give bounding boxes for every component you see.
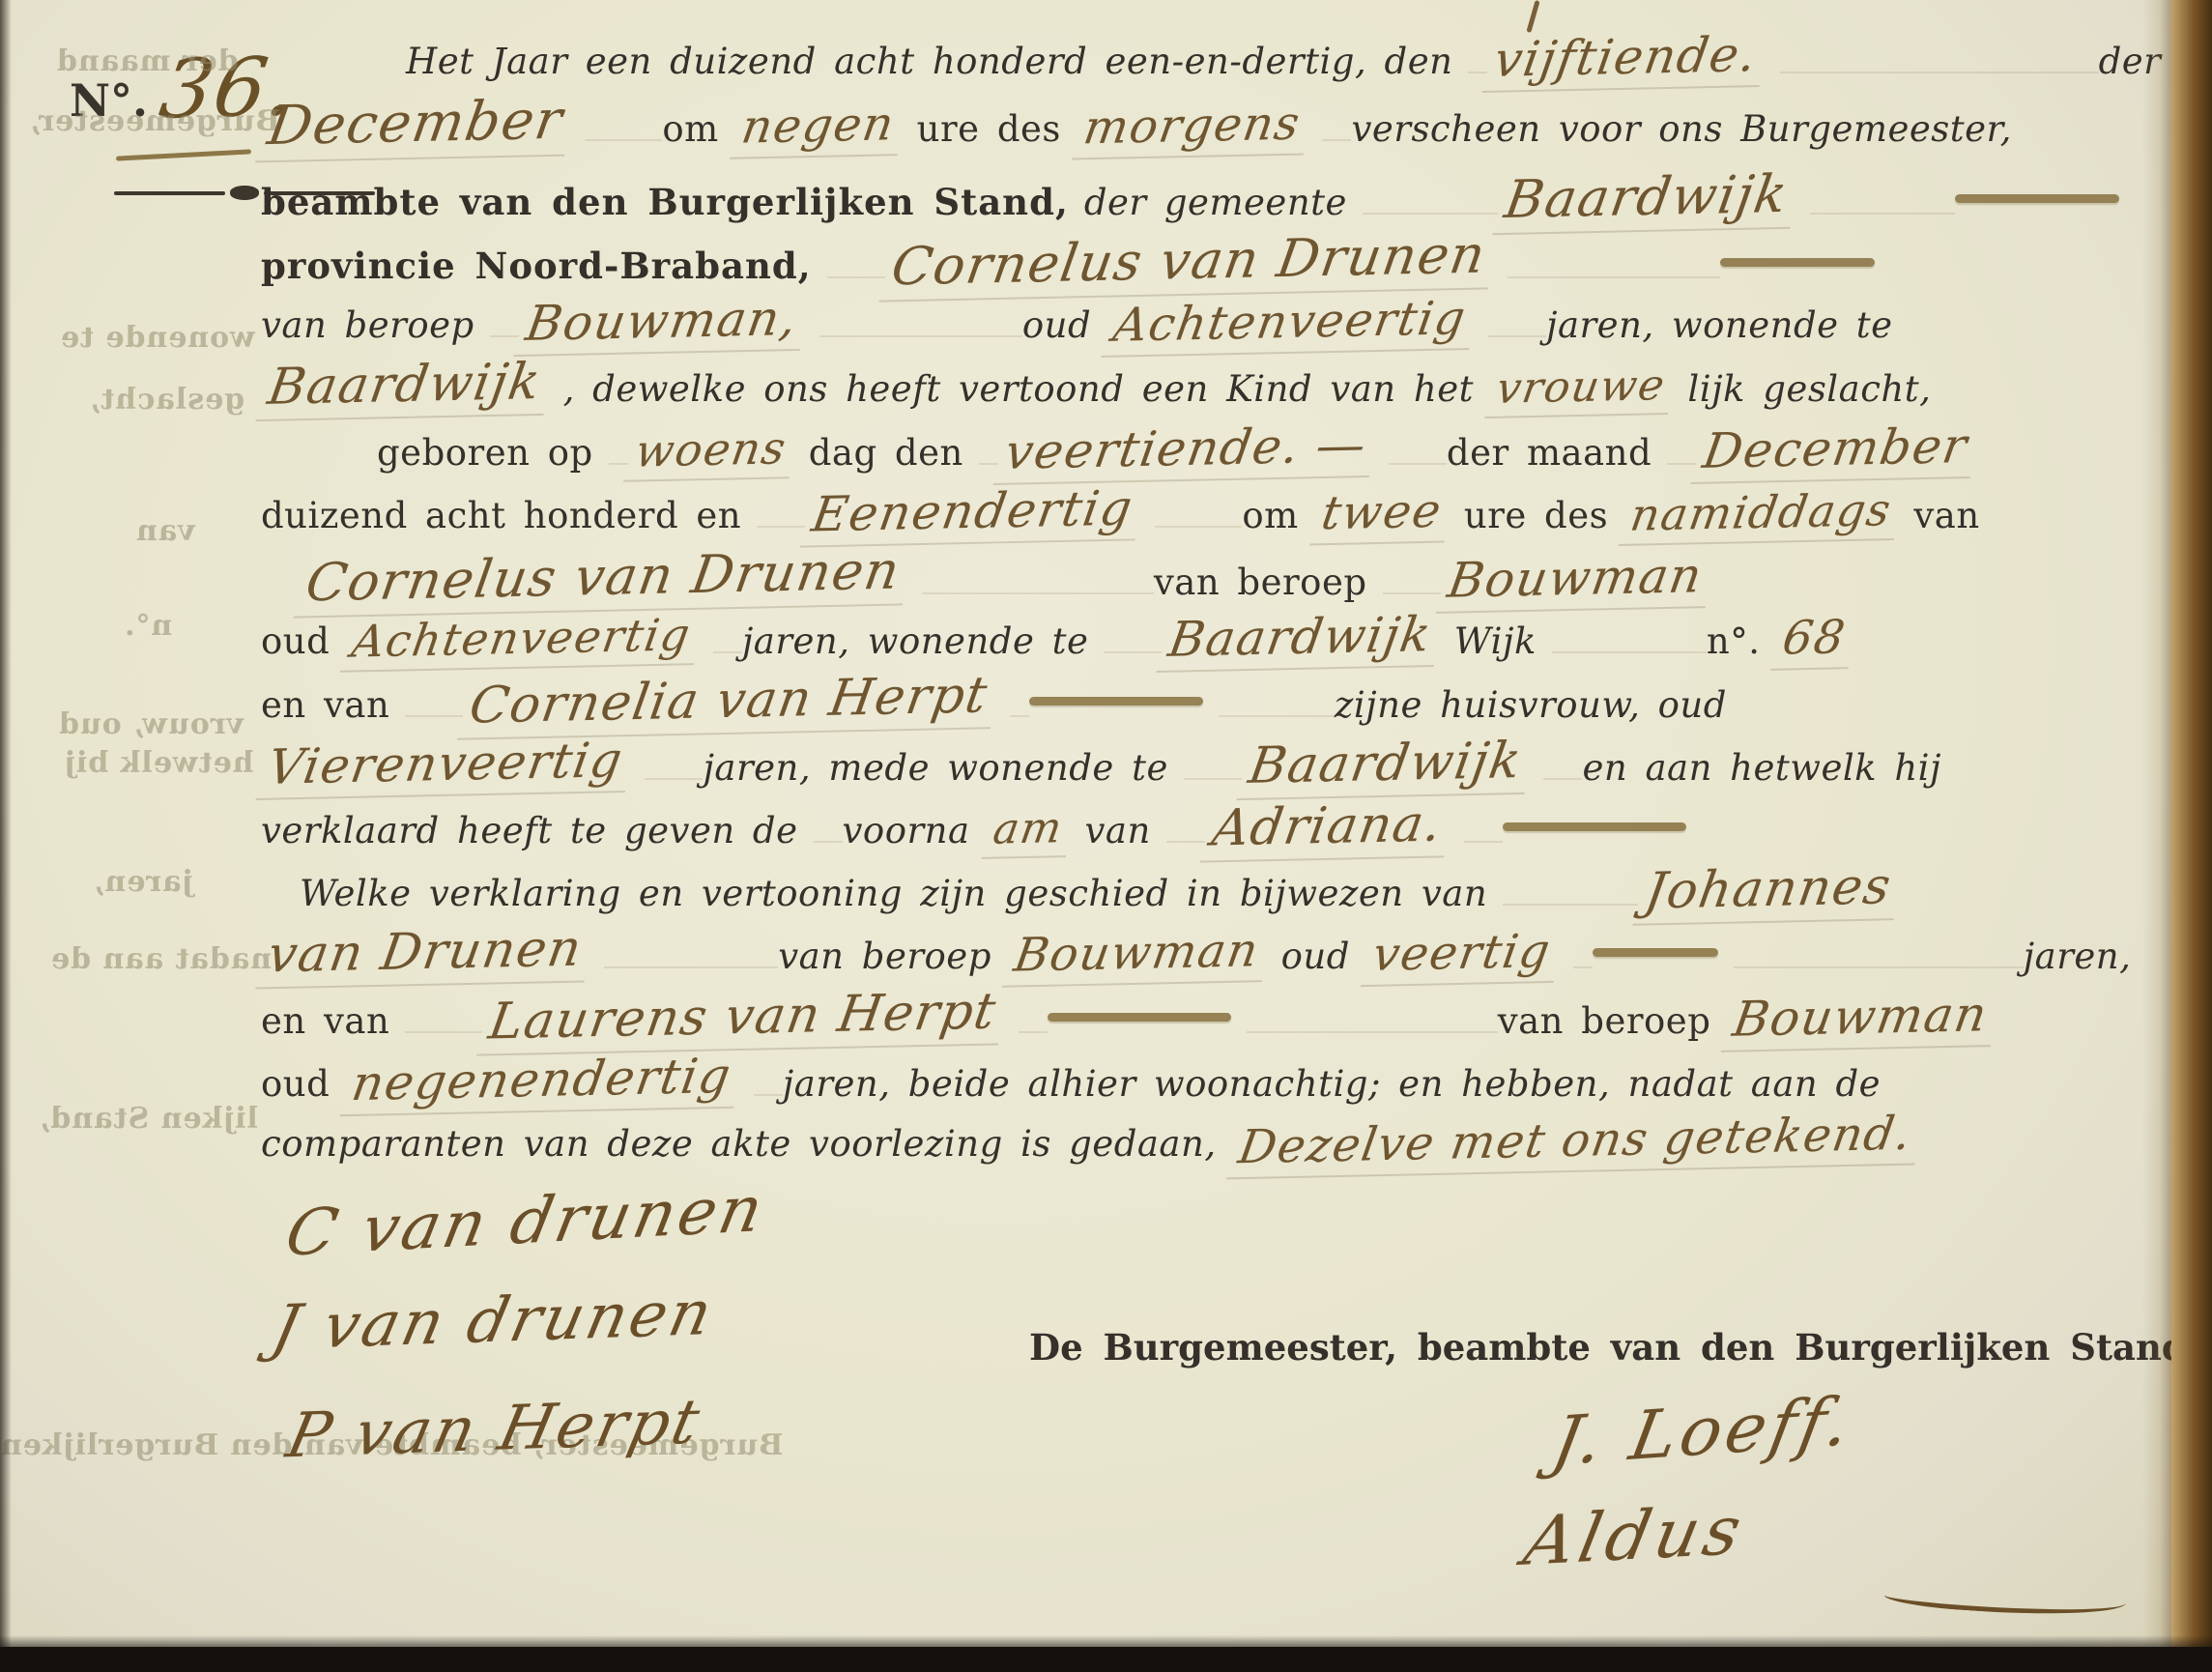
- handwritten-entry: namiddags: [1619, 483, 1903, 546]
- blank-rule: [609, 459, 628, 465]
- blank-rule: [1184, 774, 1242, 780]
- printed-text: en van: [261, 684, 389, 726]
- handwritten-entry: December: [1691, 418, 1980, 484]
- handwritten-entry: Baardwijk: [1157, 606, 1444, 673]
- book-binding: [2171, 0, 2212, 1672]
- blank-rule: [1322, 135, 1351, 141]
- handwritten-entry: veertig: [1361, 924, 1563, 987]
- act-line: Baardwijk, dewelke ons heeft vertoond ee…: [261, 356, 2145, 418]
- handwritten-entry: veertiende. —: [992, 417, 1378, 485]
- act-line: Vierenveertigjaren, mede wonende teBaard…: [261, 735, 2145, 797]
- signature-declarant: C van drunen: [280, 1171, 772, 1270]
- blank-rule: [1552, 648, 1707, 653]
- ink-dash: [1503, 822, 1686, 831]
- act-line: en vanCornelia van Herptzijne huisvrouw,…: [261, 672, 2145, 735]
- handwritten-entry: Cornelia van Herpt: [457, 666, 1000, 739]
- printed-text: jaren, beide alhier woonachtig; en hebbe…: [783, 1063, 1881, 1105]
- bleedthrough-text: vrouw, oud: [58, 707, 244, 741]
- printed-text: der maand: [1447, 432, 1652, 474]
- printed-text: van beroep: [1498, 1000, 1711, 1042]
- printed-text: en van: [261, 1000, 389, 1042]
- handwritten-entry: Bouwman: [1002, 923, 1271, 988]
- printed-text: van beroep: [1154, 562, 1367, 603]
- act-line: Cornelus van Drunenvan beroepBouwman: [261, 546, 2184, 612]
- blank-rule: [604, 963, 778, 968]
- handwritten-entry: twee: [1309, 484, 1453, 546]
- act-line: Het Jaar een duizend acht honderd een-en…: [261, 29, 2212, 90]
- ink-dash: [1048, 1013, 1231, 1022]
- printed-text: ure des: [1464, 495, 1608, 536]
- bleedthrough-text: lijken Stand,: [39, 1102, 258, 1136]
- printed-text: van beroep: [778, 936, 991, 977]
- handwritten-entry: Bouwman: [1721, 986, 2000, 1052]
- act-line: van beroepBouwman,oudAchtenveertigjaren,…: [261, 293, 2145, 354]
- registrar-role-line: De Burgemeester, beambte van den Burgerl…: [1029, 1326, 2199, 1369]
- ink-dash: [1593, 948, 1718, 957]
- printed-text: ure des: [917, 108, 1061, 150]
- blank-rule: [757, 522, 805, 528]
- page-right-edge: [2142, 0, 2171, 1672]
- bleedthrough-text: Burgemeester,: [29, 104, 280, 138]
- blank-rule: [1010, 711, 1029, 717]
- handwritten-entry: negenendertig: [340, 1048, 744, 1116]
- handwritten-entry: Baardwijk: [1492, 163, 1800, 235]
- printed-text: dag den: [809, 432, 963, 474]
- printed-text: zijne huisvrouw, oud: [1335, 684, 1727, 726]
- blank-rule: [827, 273, 885, 278]
- bleedthrough-text: jaren,: [93, 865, 192, 899]
- blank-rule: [1488, 332, 1546, 337]
- blank-rule: [1019, 1027, 1048, 1033]
- act-line: Decemberomnegenure desmorgensverscheen v…: [261, 92, 2145, 159]
- signature-registrar: J. Loeff.: [1546, 1381, 1859, 1481]
- blank-rule: [1383, 589, 1441, 594]
- printed-text: provincie Noord-Braband,: [261, 245, 812, 287]
- printed-text: oud: [261, 620, 330, 662]
- handwritten-entry: negen: [730, 97, 906, 159]
- blank-rule: [1247, 1027, 1498, 1033]
- handwritten-entry: Dezelve met ons getekend.: [1226, 1107, 1924, 1180]
- printed-text: , dewelke ons heeft vertoond een Kind va…: [563, 368, 1474, 410]
- printed-text: van beroep: [261, 304, 474, 346]
- blank-rule: [1219, 711, 1335, 717]
- printed-text: van: [1913, 495, 1979, 536]
- ink-mark: [1526, 0, 1539, 33]
- blank-rule: [405, 711, 463, 717]
- blank-rule: [1573, 963, 1593, 968]
- printed-text: lijk geslacht,: [1687, 368, 1931, 410]
- printed-text: duizend acht honderd en: [261, 495, 741, 536]
- blank-rule: [1543, 774, 1582, 780]
- blank-rule: [814, 837, 843, 843]
- handwritten-entry: Adriana.: [1199, 794, 1453, 862]
- blank-rule: [1464, 837, 1503, 843]
- act-line: beambte van den Burgerlijken Stand,der g…: [261, 166, 2145, 232]
- bleedthrough-text: nadat aan de: [50, 942, 272, 976]
- handwritten-entry: woens: [623, 421, 798, 482]
- printed-text: Welke verklaring en vertooning zijn gesc…: [300, 873, 1487, 914]
- blank-rule: [922, 589, 1154, 594]
- act-line: Welke verklaring en vertooning zijn gesc…: [261, 860, 2184, 923]
- printed-text: geboren op: [377, 432, 593, 474]
- blank-rule: [1734, 963, 2024, 968]
- handwritten-entry: Baardwijk: [1236, 732, 1534, 800]
- handwritten-entry: Vierenveertig: [255, 732, 635, 800]
- birth-record-page: N°.36. der maandBurgemeester,wonende teg…: [0, 0, 2212, 1672]
- handwritten-entry: vijftiende.: [1482, 26, 1769, 93]
- printed-text: oud: [261, 1063, 330, 1105]
- printed-text: beambte van den Burgerlijken Stand,: [261, 181, 1069, 223]
- handwritten-entry: vrouwe: [1484, 360, 1677, 418]
- printed-text: n°.: [1707, 620, 1761, 662]
- blank-rule: [1508, 273, 1720, 278]
- signature-witness-1: J van drunen: [266, 1278, 720, 1365]
- printed-text: der gemeente: [1084, 182, 1347, 223]
- pen-flourish: [1883, 1576, 2126, 1621]
- printed-text: Het Jaar een duizend acht honderd een-en…: [406, 41, 1452, 82]
- printed-text: en aan hetwelk hij: [1582, 747, 1941, 789]
- blank-rule: [585, 135, 662, 141]
- printed-text: oud: [1022, 304, 1091, 346]
- printed-text: oud: [1281, 936, 1350, 977]
- signature-witness-2: P van Herpt: [280, 1387, 708, 1473]
- bleedthrough-text: n°.: [124, 609, 172, 643]
- blank-rule: [1810, 209, 1955, 215]
- blank-rule: [490, 332, 519, 337]
- handwritten-entry: December: [255, 89, 575, 163]
- handwritten-entry: Bouwman,: [513, 290, 809, 357]
- printed-text: verklaard heeft te geven de: [261, 810, 798, 851]
- printed-text: comparanten van deze akte voorlezing is …: [261, 1123, 1217, 1165]
- blank-rule: [713, 648, 742, 653]
- blank-rule: [1389, 459, 1447, 465]
- act-line: geboren opwoensdag denveertiende. —der m…: [261, 420, 2212, 481]
- printed-text: jaren, wonende te: [1546, 304, 1893, 346]
- ink-dash: [1955, 194, 2119, 203]
- blank-rule: [1155, 522, 1242, 528]
- handwritten-entry: morgens: [1072, 97, 1312, 160]
- handwritten-entry: Eenendertig: [800, 479, 1145, 547]
- divider-bar: [114, 191, 225, 195]
- handwritten-entry: Johannes: [1633, 857, 1904, 926]
- book-bottom-edge: [0, 1647, 2212, 1672]
- printed-text: verscheen voor ons Burgemeester,: [1351, 108, 2011, 150]
- act-line: provincie Noord-Braband,Cornelus van Dru…: [261, 230, 2145, 296]
- handwritten-entry: Cornelus van Drunen: [294, 539, 913, 618]
- divider-ornament: [230, 186, 259, 200]
- page-left-edge: [0, 0, 12, 1672]
- bleedthrough-text: hetwelk bij: [64, 746, 254, 780]
- act-line: verklaard heeft te geven devoornaamvanAd…: [261, 797, 2145, 860]
- act-line: van Drunenvan beroepBouwmanoudveertigjar…: [261, 923, 2145, 986]
- act-line: comparanten van deze akte voorlezing is …: [261, 1113, 2145, 1172]
- bleedthrough-text: wonende te: [60, 321, 255, 355]
- printed-text: jaren, wonende te: [742, 620, 1089, 662]
- bleedthrough-text: van: [135, 514, 195, 548]
- blank-rule: [1780, 68, 2099, 73]
- printed-text: voorna: [843, 810, 970, 851]
- blank-rule: [1667, 459, 1696, 465]
- closing-word: Aldus: [1518, 1490, 1753, 1581]
- printed-text: van: [1085, 810, 1151, 851]
- act-line: duizend acht honderd enEenendertigomtwee…: [261, 483, 2145, 544]
- handwritten-entry: van Drunen: [255, 919, 593, 989]
- ink-dash: [1029, 697, 1203, 706]
- printed-text: jaren,: [2024, 936, 2132, 977]
- bleedthrough-text: geslacht,: [89, 383, 244, 417]
- handwritten-entry: am: [981, 803, 1074, 859]
- blank-rule: [645, 774, 703, 780]
- handwritten-entry: Achtenveertig: [1102, 291, 1479, 358]
- act-line: oudnegenendertigjaren, beide alhier woon…: [261, 1052, 2145, 1112]
- handwritten-entry: 68: [1771, 610, 1858, 671]
- ink-dash: [1720, 258, 1875, 267]
- blank-rule: [754, 1090, 783, 1096]
- act-line: oudAchtenveertigjaren, wonende teBaardwi…: [261, 609, 2145, 670]
- act-line: en vanLaurens van Herptvan beroepBouwman: [261, 988, 2145, 1051]
- bottom-shadow: [0, 1635, 2212, 1647]
- blank-rule: [1166, 837, 1205, 843]
- handwritten-entry: Cornelus van Drunen: [878, 223, 1498, 302]
- blank-rule: [819, 332, 1022, 337]
- printed-text: Wijk: [1454, 620, 1537, 662]
- ink-underline: [116, 149, 251, 160]
- handwritten-entry: Bouwman: [1435, 547, 1714, 614]
- bleedthrough-text: der maand: [56, 44, 239, 78]
- printed-text: jaren, mede wonende te: [703, 747, 1167, 789]
- handwritten-entry: Baardwijk: [255, 353, 553, 421]
- blank-rule: [1503, 900, 1638, 906]
- blank-rule: [1363, 209, 1498, 215]
- blank-rule: [405, 1027, 482, 1033]
- blank-rule: [1104, 648, 1162, 653]
- handwritten-entry: Achtenveertig: [340, 608, 703, 673]
- printed-text: om: [662, 108, 718, 150]
- printed-text: om: [1242, 495, 1298, 536]
- handwritten-entry: Laurens van Herpt: [476, 982, 1008, 1055]
